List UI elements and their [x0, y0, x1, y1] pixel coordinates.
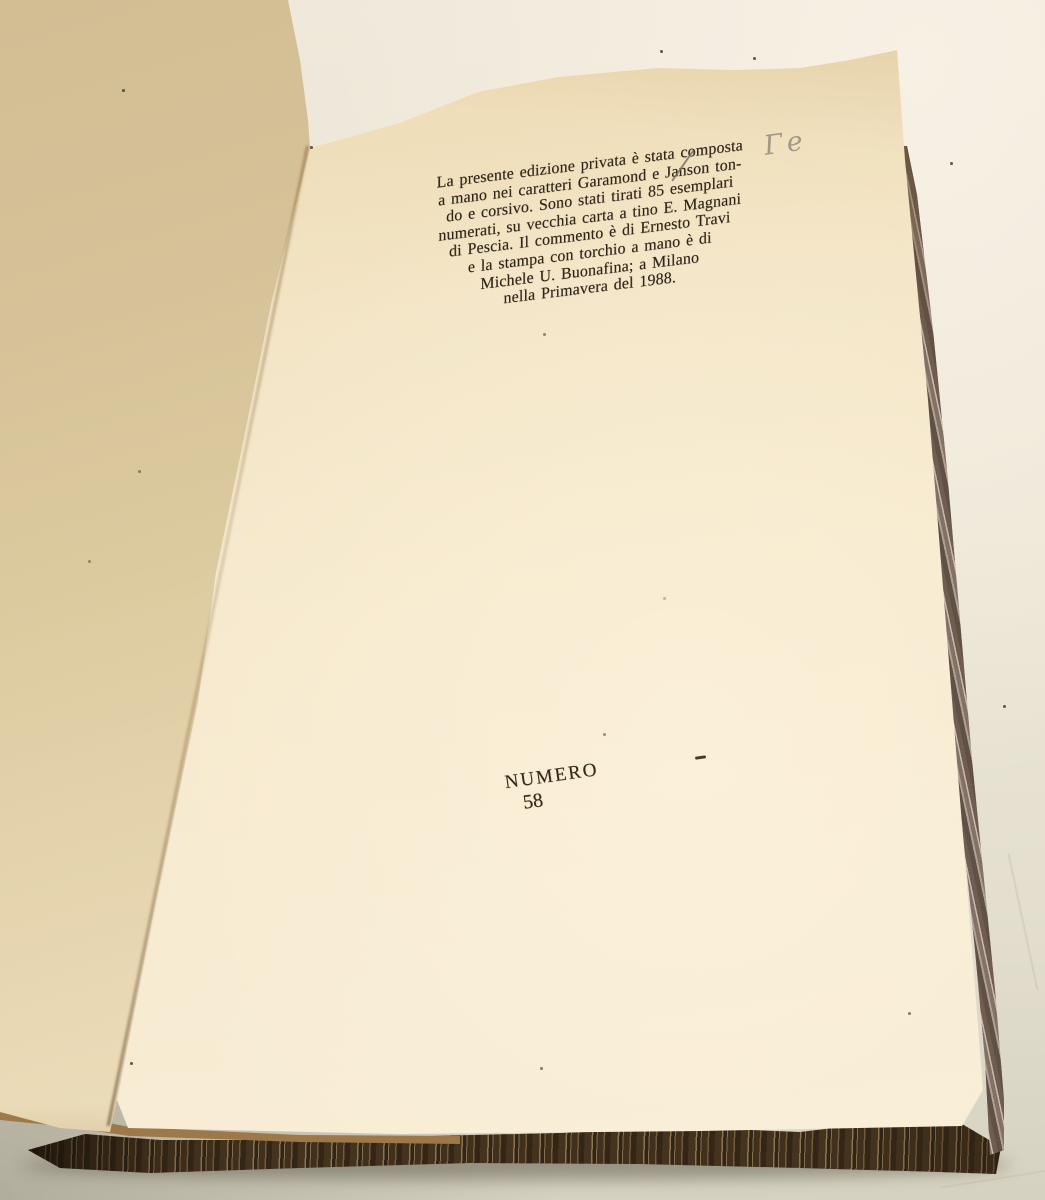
dust-speck: [138, 470, 141, 473]
pencil-note: Γe: [762, 125, 809, 162]
dust-speck: [908, 1012, 911, 1015]
dust-speck: [122, 89, 125, 92]
dust-speck: [88, 560, 91, 563]
dust-speck: [543, 333, 546, 336]
dust-speck: [130, 1062, 133, 1065]
dust-speck: [663, 597, 666, 600]
dust-speck: [660, 50, 663, 53]
dust-speck: [753, 57, 756, 60]
table-crease: [1007, 853, 1038, 990]
book-photo: La presente edizione privata è stata com…: [0, 0, 1045, 1200]
dust-speck: [540, 1067, 543, 1070]
dust-speck: [603, 733, 606, 736]
dust-speck: [310, 146, 313, 149]
dust-speck: [950, 162, 953, 165]
dust-speck: [1003, 705, 1006, 708]
